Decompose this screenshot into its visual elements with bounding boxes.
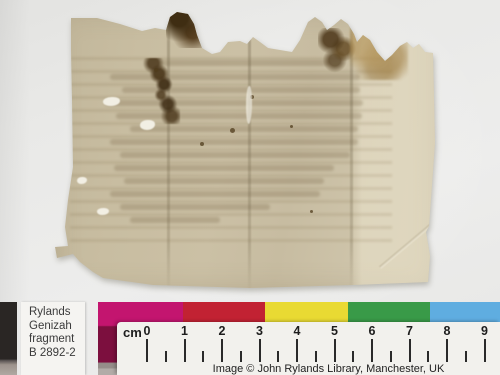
ruler-tick-cm [334,339,336,362]
ruler-number: 6 [362,324,382,338]
ruler-tick-cm [146,339,148,362]
text-streak [130,217,220,223]
ruler-number: 0 [137,324,157,338]
label-line: fragment [29,333,85,347]
ruler-tick-half-cm [202,351,204,362]
stain-speck [290,125,293,128]
text-streak [120,152,350,158]
text-streak [110,191,320,197]
ruler-tick-cm [184,339,186,362]
ruler-tick-cm [409,339,411,362]
stain-speck [230,128,235,133]
ruler-tick-half-cm [390,351,392,362]
stain-speck [154,68,158,72]
fragment-parchment [50,8,440,294]
ruler-number: 1 [175,324,195,338]
brown-mottling [350,28,408,80]
ruler-number: 8 [437,324,457,338]
ink-stain [166,8,204,48]
ruler-tick-cm [446,339,448,362]
ruler-number: 4 [287,324,307,338]
label-line: Rylands [29,306,85,320]
ruler-tick-cm [259,339,261,362]
ruler-tick-half-cm [352,351,354,362]
ruler-number: 7 [400,324,420,338]
label-line: Genizah [29,320,85,334]
stain-speck [310,210,313,213]
scale-ruler: cm 0123456789 Image © John Rylands Libra… [117,322,500,375]
ruler-tick-half-cm [277,351,279,362]
ruler-tick-half-cm [315,351,317,362]
text-streak [130,126,358,132]
ruler-number: 9 [475,324,495,338]
text-streak [110,139,358,145]
stain-speck [200,142,204,146]
copyright-text: Image © John Rylands Library, Manchester… [157,363,500,375]
ruler-tick-cm [296,339,298,362]
fold-crease [248,8,251,294]
shelfmark-label: Rylands Genizah fragment B 2892-2 [21,302,85,375]
ruler-tick-cm [371,339,373,362]
ruler-tick-cm [221,339,223,362]
ruler-tick-half-cm [465,351,467,362]
text-streak [160,60,330,66]
ruler-number: 5 [325,324,345,338]
stain-trail [142,58,180,124]
text-streak [124,178,324,184]
text-streak [114,165,334,171]
ruler-tick-half-cm [240,351,242,362]
ruler-tick-cm [484,339,486,362]
ruler-number: 2 [212,324,232,338]
ruler-tick-half-cm [165,351,167,362]
black-reference-bar [0,302,17,375]
ruler-tick-half-cm [427,351,429,362]
ruler-number: 3 [250,324,270,338]
manuscript-fragment [50,8,440,294]
label-line: B 2892-2 [29,347,85,361]
fold-crease [167,8,170,294]
photo-stage: Rylands Genizah fragment B 2892-2 cm 012… [0,0,500,375]
